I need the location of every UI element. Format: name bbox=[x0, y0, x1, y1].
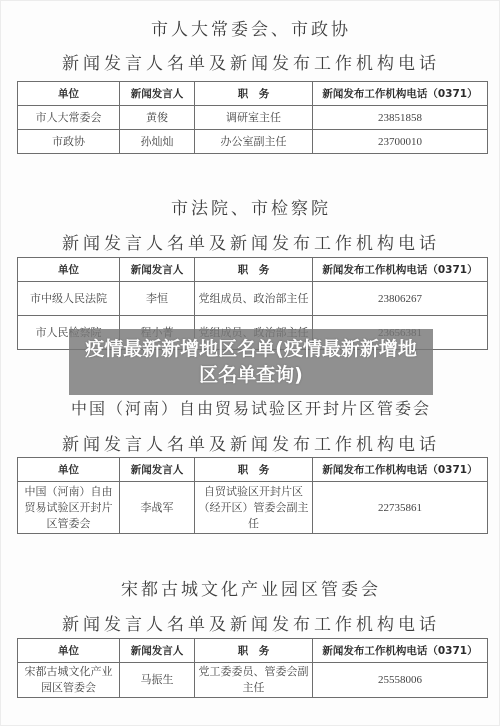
headline-overlay-banner: 疫情最新新增地区名单(疫情最新新增地区名单查询) bbox=[69, 329, 433, 395]
cell-phone: 23851858 bbox=[313, 106, 488, 130]
cell-unit: 市中级人民法院 bbox=[18, 282, 120, 316]
header-spokesperson: 新闻发言人 bbox=[120, 258, 195, 282]
header-position: 职 务 bbox=[195, 82, 313, 106]
header-unit: 单位 bbox=[18, 82, 120, 106]
header-phone: 新闻发布工作机构电话（0371） bbox=[313, 82, 488, 106]
header-unit: 单位 bbox=[18, 258, 120, 282]
sub-title: 新闻发言人名单及新闻发布工作机构电话 bbox=[1, 229, 500, 254]
org-title: 市人大常委会、市政协 bbox=[1, 15, 500, 40]
cell-unit: 市政协 bbox=[18, 130, 120, 154]
document-page: 市人大常委会、市政协 新闻发言人名单及新闻发布工作机构电话 单位 新闻发言人 职… bbox=[0, 0, 500, 726]
cell-spokesperson: 孙灿灿 bbox=[120, 130, 195, 154]
sub-title: 新闻发言人名单及新闻发布工作机构电话 bbox=[1, 610, 500, 635]
cell-phone: 23806267 bbox=[313, 282, 488, 316]
cell-spokesperson: 李战军 bbox=[120, 482, 195, 534]
table-header-row: 单位 新闻发言人 职 务 新闻发布工作机构电话（0371） bbox=[18, 639, 488, 663]
table-header-row: 单位 新闻发言人 职 务 新闻发布工作机构电话（0371） bbox=[18, 258, 488, 282]
header-position: 职 务 bbox=[195, 258, 313, 282]
header-spokesperson: 新闻发言人 bbox=[120, 639, 195, 663]
header-phone: 新闻发布工作机构电话（0371） bbox=[313, 458, 488, 482]
sub-title: 新闻发言人名单及新闻发布工作机构电话 bbox=[1, 49, 500, 74]
header-position: 职 务 bbox=[195, 639, 313, 663]
headline-text: 疫情最新新增地区名单(疫情最新新增地区名单查询) bbox=[77, 336, 425, 388]
cell-unit: 市人大常委会 bbox=[18, 106, 120, 130]
cell-position: 党组成员、政治部主任 bbox=[195, 282, 313, 316]
header-position: 职 务 bbox=[195, 458, 313, 482]
sub-title: 新闻发言人名单及新闻发布工作机构电话 bbox=[1, 430, 500, 455]
spokesperson-table: 单位 新闻发言人 职 务 新闻发布工作机构电话（0371） 市人大常委会 黄俊 … bbox=[17, 81, 488, 154]
spokesperson-table: 单位 新闻发言人 职 务 新闻发布工作机构电话（0371） 宋都古城文化产业园区… bbox=[17, 638, 488, 698]
cell-phone: 25558006 bbox=[313, 663, 488, 698]
cell-unit: 中国（河南）自由贸易试验区开封片区管委会 bbox=[18, 482, 120, 534]
table-header-row: 单位 新闻发言人 职 务 新闻发布工作机构电话（0371） bbox=[18, 458, 488, 482]
header-phone: 新闻发布工作机构电话（0371） bbox=[313, 258, 488, 282]
header-unit: 单位 bbox=[18, 458, 120, 482]
table-row: 市中级人民法院 李恒 党组成员、政治部主任 23806267 bbox=[18, 282, 488, 316]
cell-spokesperson: 马振生 bbox=[120, 663, 195, 698]
org-title: 宋都古城文化产业园区管委会 bbox=[1, 575, 500, 600]
cell-spokesperson: 黄俊 bbox=[120, 106, 195, 130]
cell-position: 调研室主任 bbox=[195, 106, 313, 130]
cell-unit: 宋都古城文化产业园区管委会 bbox=[18, 663, 120, 698]
header-spokesperson: 新闻发言人 bbox=[120, 458, 195, 482]
cell-phone: 22735861 bbox=[313, 482, 488, 534]
cell-spokesperson: 李恒 bbox=[120, 282, 195, 316]
table-row: 市政协 孙灿灿 办公室副主任 23700010 bbox=[18, 130, 488, 154]
table-header-row: 单位 新闻发言人 职 务 新闻发布工作机构电话（0371） bbox=[18, 82, 488, 106]
org-title: 市法院、市检察院 bbox=[1, 194, 500, 219]
header-phone: 新闻发布工作机构电话（0371） bbox=[313, 639, 488, 663]
cell-position: 自贸试验区开封片区（经开区）管委会副主任 bbox=[195, 482, 313, 534]
cell-position: 办公室副主任 bbox=[195, 130, 313, 154]
spokesperson-table: 单位 新闻发言人 职 务 新闻发布工作机构电话（0371） 中国（河南）自由贸易… bbox=[17, 457, 488, 534]
table-row: 中国（河南）自由贸易试验区开封片区管委会 李战军 自贸试验区开封片区（经开区）管… bbox=[18, 482, 488, 534]
header-spokesperson: 新闻发言人 bbox=[120, 82, 195, 106]
org-title: 中国（河南）自由贸易试验区开封片区管委会 bbox=[1, 396, 500, 419]
table-row: 市人大常委会 黄俊 调研室主任 23851858 bbox=[18, 106, 488, 130]
cell-position: 党工委委员、管委会副主任 bbox=[195, 663, 313, 698]
cell-phone: 23700010 bbox=[313, 130, 488, 154]
table-row: 宋都古城文化产业园区管委会 马振生 党工委委员、管委会副主任 25558006 bbox=[18, 663, 488, 698]
header-unit: 单位 bbox=[18, 639, 120, 663]
